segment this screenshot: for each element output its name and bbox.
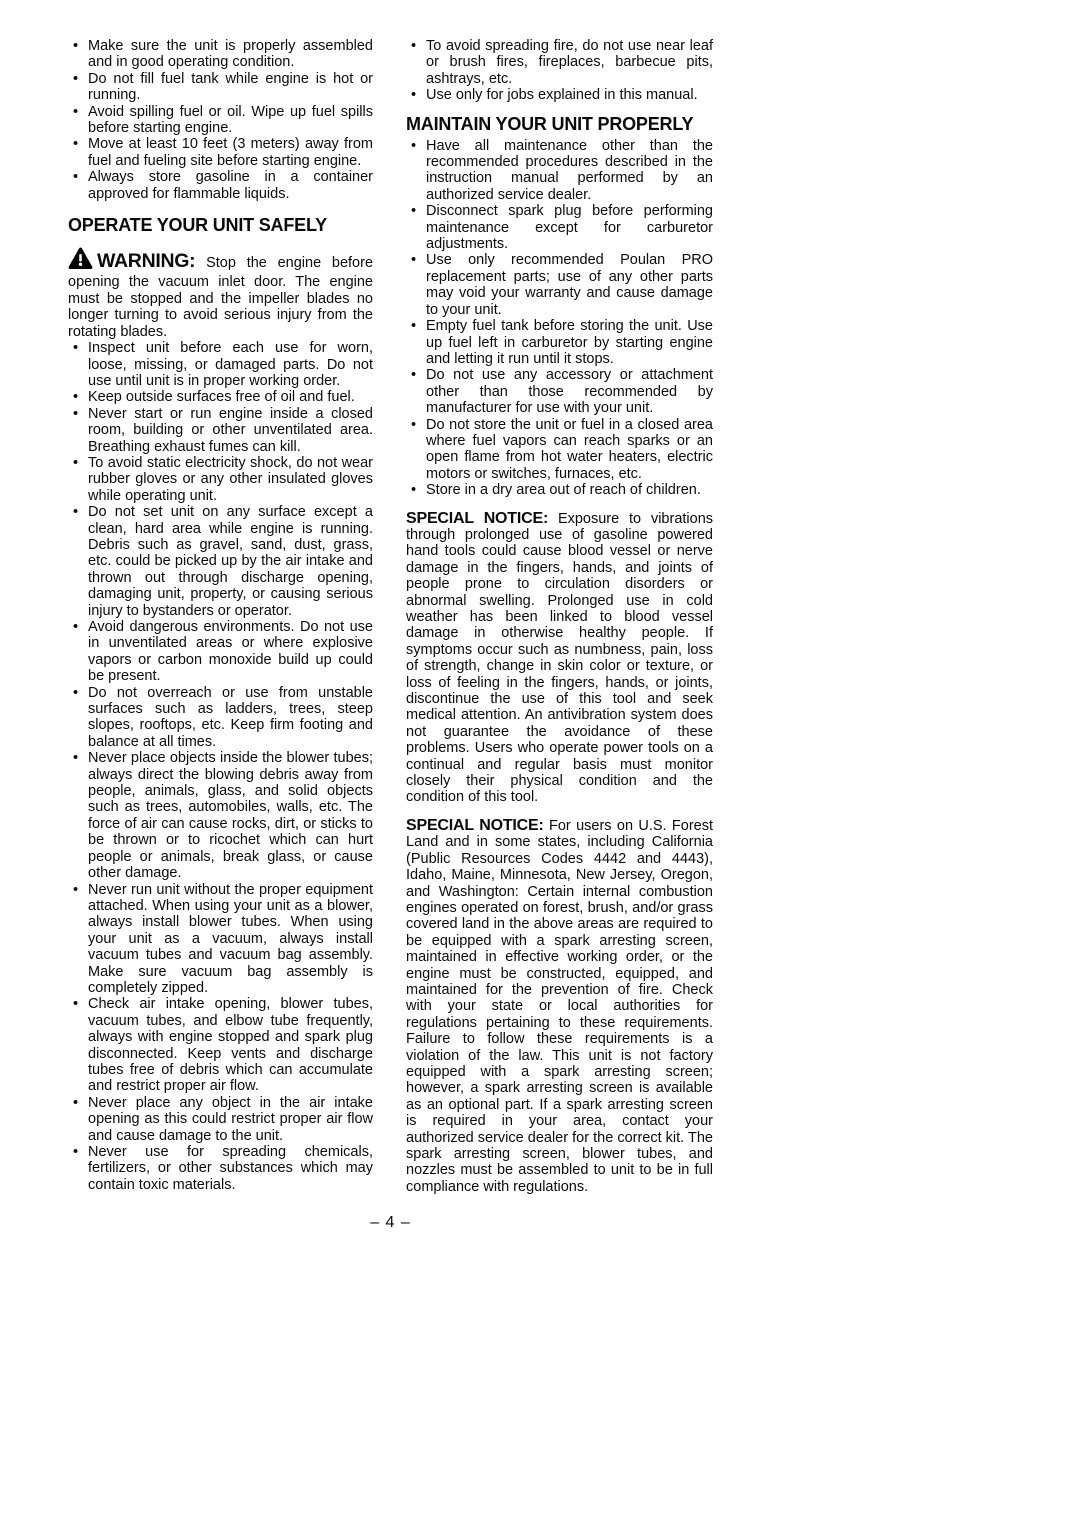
special-notice-text: For users on U.S. Forest Land and in som… — [406, 818, 713, 1195]
fire-safety-bullet-list: To avoid spreading fire, do not use near… — [406, 38, 713, 104]
bullet-item: Avoid spilling fuel or oil. Wipe up fuel… — [68, 104, 373, 137]
bullet-item: Do not use any accessory or attachment o… — [406, 367, 713, 416]
bullet-item: Use only for jobs explained in this manu… — [406, 87, 713, 103]
right-column: To avoid spreading fire, do not use near… — [406, 38, 713, 1195]
bullet-item: Store in a dry area out of reach of chil… — [406, 482, 713, 498]
bullet-item: Move at least 10 feet (3 meters) away fr… — [68, 136, 373, 169]
section-heading-operate-your-unit-safely: OPERATE YOUR UNIT SAFELY — [68, 215, 373, 235]
two-column-layout: Make sure the unit is properly assembled… — [68, 38, 1080, 1195]
bullet-item: Never place any object in the air intake… — [68, 1095, 373, 1144]
special-notice-label: SPECIAL NOTICE: — [406, 510, 548, 527]
bullet-item: Do not store the unit or fuel in a close… — [406, 417, 713, 483]
warning-label: WARNING: — [97, 250, 195, 272]
section-heading-maintain-your-unit-properly: MAINTAIN YOUR UNIT PROPERLY — [406, 114, 713, 134]
bullet-item: Never start or run engine inside a close… — [68, 406, 373, 455]
bullet-item: Disconnect spark plug before performing … — [406, 203, 713, 252]
warning-paragraph: WARNING: Stop the engine before opening … — [68, 247, 373, 340]
bullet-item: Do not set unit on any surface except a … — [68, 504, 373, 619]
special-notice-text: Exposure to vibrations through prolonged… — [406, 511, 713, 806]
bullet-item: To avoid spreading fire, do not use near… — [406, 38, 713, 87]
bullet-item: Make sure the unit is properly assembled… — [68, 38, 373, 71]
left-column: Make sure the unit is properly assembled… — [68, 38, 373, 1195]
safety-bullet-list: Inspect unit before each use for worn, l… — [68, 340, 373, 1193]
bullet-item: To avoid static electricity shock, do no… — [68, 455, 373, 504]
page-number: – 4 – — [68, 1215, 713, 1231]
bullet-item: Never use for spreading chemicals, ferti… — [68, 1144, 373, 1193]
bullet-item: Use only recommended Poulan PRO replacem… — [406, 252, 713, 318]
special-notice-spark-arresting: SPECIAL NOTICE: For users on U.S. Forest… — [406, 818, 713, 1195]
bullet-item: Avoid dangerous environments. Do not use… — [68, 619, 373, 685]
manual-page: Make sure the unit is properly assembled… — [0, 0, 1080, 1232]
bullet-item: Check air intake opening, blower tubes, … — [68, 996, 373, 1094]
bullet-item: Do not overreach or use from unstable su… — [68, 685, 373, 751]
bullet-item: Never run unit without the proper equipm… — [68, 882, 373, 997]
bullet-item: Always store gasoline in a container app… — [68, 169, 373, 202]
bullet-item: Empty fuel tank before storing the unit.… — [406, 318, 713, 367]
maintenance-bullet-list: Have all maintenance other than the reco… — [406, 138, 713, 499]
bullet-item: Inspect unit before each use for worn, l… — [68, 340, 373, 389]
bullet-item: Do not fill fuel tank while engine is ho… — [68, 71, 373, 104]
bullet-item: Never place objects inside the blower tu… — [68, 750, 373, 881]
special-notice-vibration: SPECIAL NOTICE: Exposure to vibrations t… — [406, 511, 713, 806]
bullet-item: Have all maintenance other than the reco… — [406, 138, 713, 204]
intro-bullet-list: Make sure the unit is properly assembled… — [68, 38, 373, 202]
bullet-item: Keep outside surfaces free of oil and fu… — [68, 389, 373, 405]
warning-triangle-icon — [68, 247, 93, 274]
special-notice-label: SPECIAL NOTICE: — [406, 817, 544, 834]
